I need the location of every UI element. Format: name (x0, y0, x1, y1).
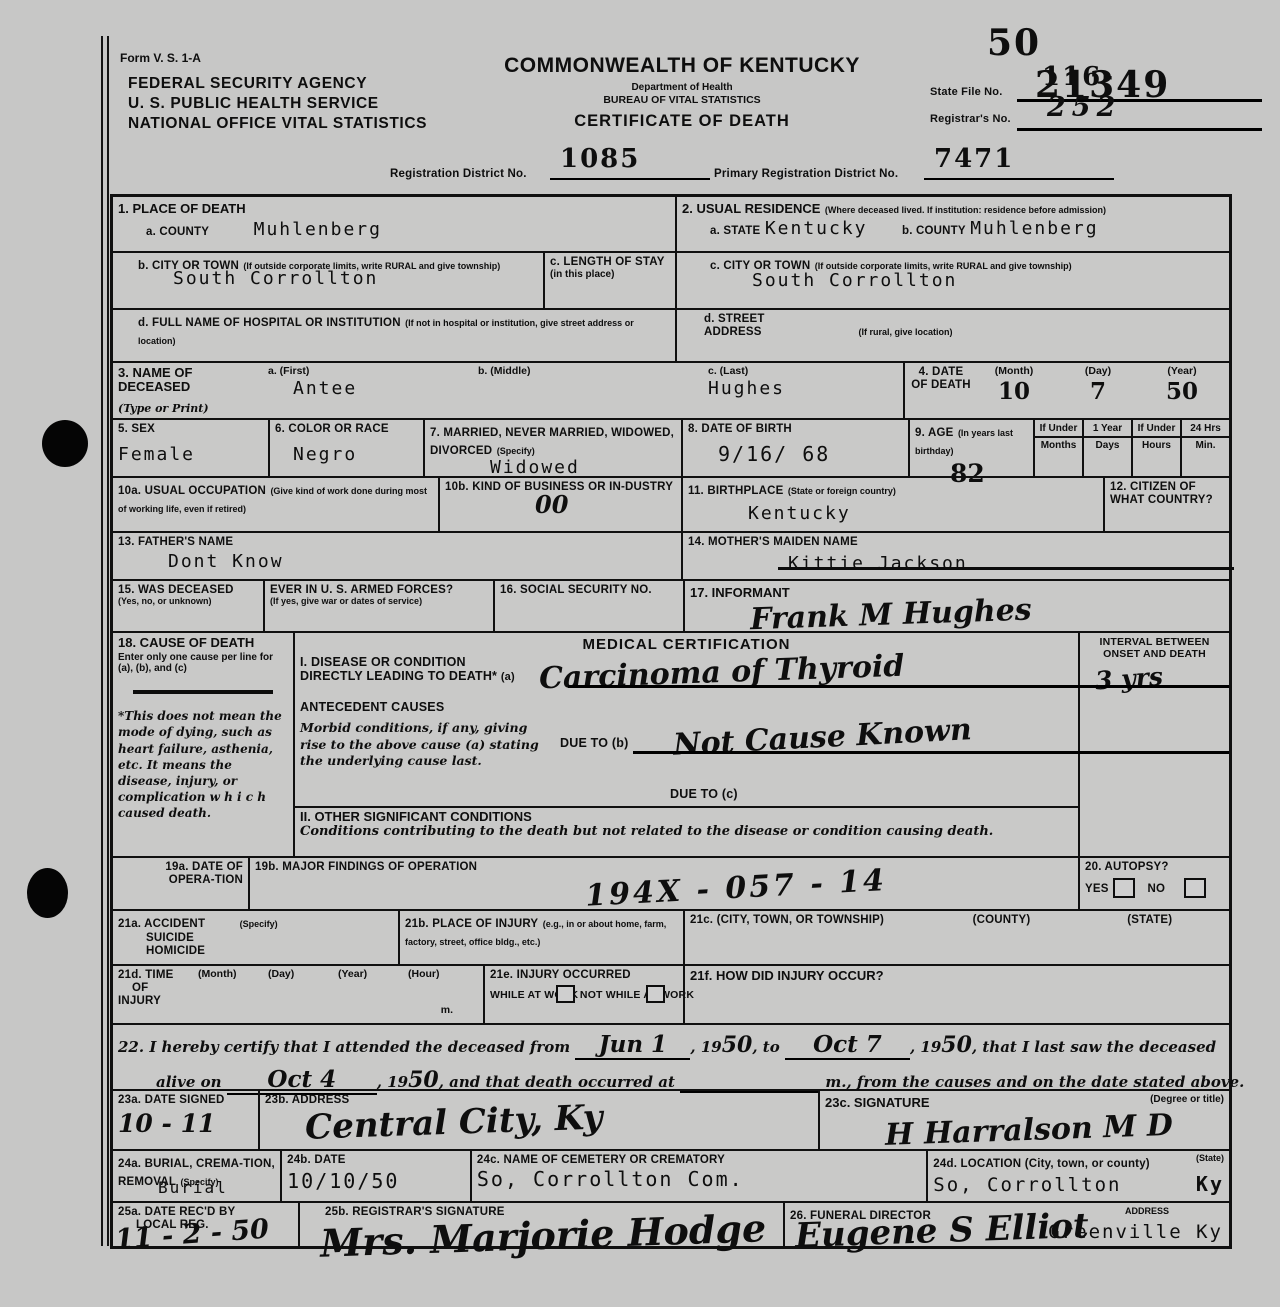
dod-day-label: (Day) (1056, 366, 1140, 378)
medical-cert-title: MEDICAL CERTIFICATION (300, 636, 1073, 653)
field-birthplace: 11. BIRTHPLACE (State or foreign country… (681, 478, 1103, 531)
bureau-line: BUREAU OF VITAL STATISTICS (472, 95, 892, 107)
field-date-of-operation: 19a. DATE OF OPERA-TION (113, 858, 248, 909)
field-interval: INTERVAL BETWEEN ONSET AND DEATH 3 yrs (1078, 633, 1229, 856)
agency-line-2: U. S. PUBLIC HEALTH SERVICE (128, 94, 427, 114)
row-certify: 22. I hereby certify that I attended the… (113, 1023, 1229, 1089)
field-street-address: d. STREET ADDRESS (If rural, give locati… (675, 310, 1229, 361)
field-fathers-name: 13. FATHER'S NAME Dont Know (113, 533, 681, 579)
marital-label: 7. MARRIED, NEVER MARRIED, WIDOWED, DIVO… (430, 427, 674, 457)
row-signed: 23a. DATE SIGNED 10 - 11 23b. ADDRESS Ce… (113, 1089, 1229, 1149)
age-col-hours: If Under Hours (1133, 420, 1182, 476)
field-signature: 23c. SIGNATURE (Degree or title) H Harra… (818, 1091, 1229, 1149)
field-certify-statement: 22. I hereby certify that I attended the… (113, 1025, 1249, 1089)
certify-from-value: Jun 1 (575, 1031, 690, 1060)
field-burial-type: 24a. BURIAL, CREMA-TION, REMOVAL (Specif… (113, 1151, 280, 1201)
field-cemetery: 24c. NAME OF CEMETERY OR CREMATORY So, C… (470, 1151, 926, 1201)
field-time-of-injury: 21d. TIME OF INJURY (Month) (Day) (Year)… (113, 966, 483, 1023)
disease-a-tag: (a) (501, 671, 515, 683)
time-injury-l2: OF (132, 982, 148, 994)
ssn-label: 16. SOCIAL SECURITY NO. (500, 584, 678, 597)
field-hospital-name: d. FULL NAME OF HOSPITAL OR INSTITUTION … (113, 310, 675, 361)
operation-date-label: 19a. DATE OF OPERA-TION (118, 861, 243, 887)
row-injury-time: 21d. TIME OF INJURY (Month) (Day) (Year)… (113, 964, 1229, 1023)
age-col-min: 24 Hrs Min. (1182, 420, 1229, 476)
interval-value: 3 yrs (1094, 658, 1225, 696)
row-forces-ssn-informant: 15. WAS DECEASED (Yes, no, or unknown) E… (113, 579, 1229, 631)
other-conditions-label: II. OTHER SIGNIFICANT CONDITIONS (300, 810, 1073, 824)
field-cause-of-death: 18. CAUSE OF DEATH Enter only one cause … (113, 633, 293, 856)
row-place-residence-top: 1. PLACE OF DEATH a. COUNTY Muhlenberg 2… (113, 197, 1229, 251)
certify-year2: 50 (941, 1032, 972, 1058)
dob-value: 9/16/ 68 (718, 442, 903, 466)
mother-strikethrough (778, 567, 1234, 570)
marital-note: (Specify) (497, 446, 535, 456)
injury-city-label: 21c. (CITY, TOWN, OR TOWNSHIP) (690, 914, 927, 927)
signature-label: 23c. SIGNATURE (825, 1095, 930, 1110)
interval-label-2: ONSET AND DEATH (1103, 648, 1206, 660)
certify-to-value: Oct 7 (785, 1031, 910, 1060)
time-month-label: (Month) (198, 969, 268, 1009)
last-name-value: Hughes (708, 378, 898, 399)
agency-line-3: NATIONAL OFFICE VITAL STATISTICS (128, 114, 427, 134)
field-mothers-maiden-name: 14. MOTHER'S MAIDEN NAME Kittie Jackson (681, 533, 1229, 579)
name-title: 3. NAME OF DECEASED (118, 366, 268, 395)
county-label: a. COUNTY (146, 226, 209, 238)
cause-note2: *This does not mean the mode of dying, s… (118, 708, 288, 821)
field-burial-location: 24d. LOCATION (City, town, or county) (S… (926, 1151, 1229, 1201)
field-citizen: 12. CITIZEN OF WHAT COUNTRY? (1103, 478, 1229, 531)
dod-month-label: (Month) (972, 366, 1056, 378)
while-at-work-label: WHILE AT WORK (490, 989, 552, 1001)
certify-19a: , 19 (690, 1038, 721, 1056)
other-conditions-note: Conditions contributing to the death but… (300, 824, 1073, 840)
place-of-death-title: 1. PLACE OF DEATH (118, 201, 246, 216)
occupation-label: 10a. USUAL OCCUPATION (118, 485, 266, 497)
row-medical-certification: 18. CAUSE OF DEATH Enter only one cause … (113, 631, 1229, 856)
length-of-stay-label: c. LENGTH OF STAY (550, 256, 670, 269)
state-value: Kentucky (765, 218, 868, 239)
primary-district-value: 7471 (934, 144, 1014, 174)
time-injury-l3: INJURY (118, 995, 161, 1007)
state-file-label: State File No. (930, 86, 1002, 99)
informant-label: 17. INFORMANT (690, 585, 790, 600)
form-table: 1. PLACE OF DEATH a. COUNTY Muhlenberg 2… (110, 194, 1232, 1249)
interval-label: INTERVAL BETWEEN ONSET AND DEATH (1085, 636, 1224, 660)
left-rule-outer (101, 36, 103, 1246)
sex-value: Female (118, 444, 263, 465)
marital-value: Widowed (490, 457, 676, 478)
header: Form V. S. 1-A FEDERAL SECURITY AGENCY U… (112, 36, 1232, 194)
due-to-b-label: DUE TO (b) (560, 736, 628, 750)
accident-label-3: HOMICIDE (146, 945, 393, 958)
row-burial: 24a. BURIAL, CREMA-TION, REMOVAL (Specif… (113, 1149, 1229, 1201)
due-to-b-value: Not Cause Known (672, 713, 972, 764)
time-injury-l1: 21d. TIME (118, 969, 173, 981)
time-year-label: (Year) (338, 969, 408, 1009)
registrar-no-rule (1017, 128, 1262, 131)
field-date-received: 25a. DATE REC'D BY LOCAL REG. 11 - 2 - 5… (113, 1203, 298, 1246)
age-subcolumns: If Under Months 1 Year Days If Under Hou… (1033, 420, 1229, 476)
county-value: Muhlenberg (254, 219, 382, 240)
death-certificate-scan: Form V. S. 1-A FEDERAL SECURITY AGENCY U… (0, 0, 1280, 1307)
field-informant: 17. INFORMANT Frank M Hughes (683, 581, 1229, 631)
injury-occurred-label: 21e. INJURY OCCURRED (490, 969, 678, 982)
state-label: a. STATE (710, 225, 760, 237)
certify-year1: 50 (722, 1032, 753, 1058)
not-while-label: NOT WHILE AT WORK (580, 989, 642, 1001)
interval-label-1: INTERVAL BETWEEN (1100, 636, 1210, 648)
length-of-stay-note: (in this place) (550, 269, 670, 280)
due-to-c-label: DUE TO (c) (670, 787, 1073, 801)
row-hospital-street: d. FULL NAME OF HOSPITAL OR INSTITUTION … (113, 308, 1229, 361)
informant-value: Frank M Hughes (750, 586, 1225, 638)
line-a-rule (568, 685, 1229, 688)
disease-label: I. DISEASE OR CONDITION DIRECTLY LEADING… (300, 655, 515, 684)
age-label: 9. AGE (915, 427, 953, 439)
dod-day-value: 7 (1056, 378, 1140, 405)
cemetery-label: 24c. NAME OF CEMETERY OR CREMATORY (477, 1154, 921, 1167)
dod-year-value: 50 (1140, 378, 1224, 405)
row-name-dod: 3. NAME OF DECEASED (Type or Print) a. (… (113, 361, 1229, 418)
field-marital-status: 7. MARRIED, NEVER MARRIED, WIDOWED, DIVO… (423, 420, 681, 476)
funeral-address-label: ADDRESS (1125, 1207, 1169, 1217)
date-signed-label: 23a. DATE SIGNED (118, 1094, 253, 1107)
hole-punch-bottom (27, 868, 68, 918)
row-demographics: 5. SEX Female 6. COLOR OR RACE Negro 7. … (113, 418, 1229, 476)
burial-location-label: 24d. LOCATION (City, town, or county) (933, 1158, 1150, 1170)
row-injury-place: 21a. ACCIDENT (Specify) SUICIDE HOMICIDE… (113, 909, 1229, 964)
primary-district-label: Primary Registration District No. (714, 168, 898, 181)
burial-location-value: So, Corrollton (933, 1174, 1121, 1196)
age-col-min-bot: Min. (1182, 436, 1229, 451)
hospital-label: d. FULL NAME OF HOSPITAL OR INSTITUTION (138, 317, 401, 329)
injury-state-label: (STATE) (1076, 914, 1224, 927)
burial-location-state-note: (State) (1196, 1154, 1224, 1164)
dod-year-label: (Year) (1140, 366, 1224, 378)
field-burial-date: 24b. DATE 10/10/50 (280, 1151, 470, 1201)
father-label: 13. FATHER'S NAME (118, 536, 676, 549)
field-medical-certification: MEDICAL CERTIFICATION I. DISEASE OR COND… (293, 633, 1078, 856)
field-how-injury: 21f. HOW DID INJURY OCCUR? (683, 966, 1229, 1023)
was-deceased-note: (Yes, no, or unknown) (118, 597, 258, 607)
res-county-label: b. COUNTY (902, 225, 966, 237)
row-parents: 13. FATHER'S NAME Dont Know 14. MOTHER'S… (113, 531, 1229, 579)
certify-to: , to (752, 1038, 779, 1056)
row-operation: 19a. DATE OF OPERA-TION 19b. MAJOR FINDI… (113, 856, 1229, 909)
armed-forces-note: (If yes, give war or dates of service) (270, 597, 488, 607)
state-file-value: 116- (1042, 62, 1115, 92)
time-injury-label: 21d. TIME OF INJURY (118, 969, 198, 1009)
registrar-no-label: Registrar's No. (930, 113, 1011, 126)
field-registrar-signature: 25b. REGISTRAR'S SIGNATURE Mrs. Marjorie… (298, 1203, 783, 1246)
birthplace-value: Kentucky (748, 503, 1098, 524)
mother-label: 14. MOTHER'S MAIDEN NAME (688, 536, 1224, 549)
time-m-label: m. (441, 1005, 453, 1017)
citizen-label: 12. CITIZEN OF WHAT COUNTRY? (1110, 481, 1224, 507)
usual-residence-note: (Where deceased lived. If institution: r… (825, 205, 1106, 215)
accident-label-2: SUICIDE (146, 932, 393, 945)
dod-month-value: 10 (972, 378, 1056, 405)
certificate-title: CERTIFICATE OF DEATH (472, 112, 892, 131)
field-physician-address: 23b. ADDRESS Central City, Ky (258, 1091, 818, 1149)
field-city-of-death: b. CITY OR TOWN (If outside corporate li… (113, 253, 543, 308)
cause-divider (133, 690, 273, 694)
dob-label: 8. DATE OF BIRTH (688, 423, 903, 436)
field-place-of-injury: 21b. PLACE OF INJURY (e.g., in or about … (398, 911, 683, 964)
cause-label: 18. CAUSE OF DEATH (118, 636, 288, 650)
burial-date-value: 10/10/50 (287, 1169, 465, 1193)
accident-label-1: 21a. ACCIDENT (118, 918, 205, 930)
morbid-note: Morbid conditions, if any, giving rise t… (300, 720, 540, 801)
reg-district-rule (550, 178, 710, 180)
disease-label-1: I. DISEASE OR CONDITION (300, 655, 466, 669)
field-date-of-death: 4. DATE OF DEATH (Month) 10 (Day) 7 (Yea… (903, 363, 1229, 418)
field-ssn: 16. SOCIAL SECURITY NO. (493, 581, 683, 631)
agency-block: FEDERAL SECURITY AGENCY U. S. PUBLIC HEA… (128, 74, 427, 134)
agency-line-1: FEDERAL SECURITY AGENCY (128, 74, 427, 94)
signature-value: H Harralson M D (884, 1106, 1224, 1153)
field-date-signed: 23a. DATE SIGNED 10 - 11 (113, 1091, 258, 1149)
first-name-label: a. (First) (268, 366, 478, 378)
not-while-checkbox (646, 985, 665, 1003)
field-color-race: 6. COLOR OR RACE Negro (268, 420, 423, 476)
race-label: 6. COLOR OR RACE (275, 423, 418, 436)
page-title: COMMONWEALTH OF KENTUCKY (472, 54, 892, 78)
street-label: d. STREET ADDRESS (704, 313, 794, 339)
cemetery-value: So, Corrollton Com. (477, 1167, 921, 1191)
field-place-of-death: 1. PLACE OF DEATH a. COUNTY Muhlenberg (113, 197, 675, 251)
title-block: COMMONWEALTH OF KENTUCKY Department of H… (472, 54, 892, 131)
while-at-work-checkbox (556, 985, 575, 1003)
burial-location-state-value: Ky (1196, 1172, 1224, 1196)
autopsy-no-label: NO (1148, 883, 1166, 895)
field-injury-occurred: 21e. INJURY OCCURRED WHILE AT WORK NOT W… (483, 966, 683, 1023)
cause-note1: Enter only one cause per line for (a), (… (118, 652, 288, 674)
row-city-town: b. CITY OR TOWN (If outside corporate li… (113, 251, 1229, 308)
sex-label: 5. SEX (118, 423, 263, 436)
age-col-min-top: 24 Hrs (1182, 423, 1229, 434)
street-note: (If rural, give location) (858, 327, 952, 337)
stamp-number-left: 50 (987, 22, 1041, 64)
field-funeral-director: 26. FUNERAL DIRECTOR ADDRESS Eugene S El… (783, 1203, 1229, 1246)
age-col-hours-top: If Under (1133, 423, 1180, 434)
date-signed-value: 10 - 11 (118, 1109, 253, 1138)
dod-title: 4. DATE OF DEATH (910, 366, 972, 415)
field-residence-city: c. CITY OR TOWN (If outside corporate li… (675, 253, 1229, 308)
burial-value: Burial (158, 1178, 275, 1197)
age-col-days-top: 1 Year (1084, 423, 1131, 434)
res-county-value: Muhlenberg (970, 218, 1098, 239)
other-conditions-block: II. OTHER SIGNIFICANT CONDITIONS Conditi… (295, 806, 1078, 843)
age-col-months-bot: Months (1035, 436, 1082, 451)
field-business-industry: 10b. KIND OF BUSINESS OR IN-DUSTRY 00 (438, 478, 681, 531)
burial-date-label: 24b. DATE (287, 1154, 465, 1167)
last-name-label: c. (Last) (708, 366, 898, 378)
birthplace-note: (State or foreign country) (788, 486, 896, 496)
left-rule-inner (107, 36, 109, 1246)
field-usual-occupation: 10a. USUAL OCCUPATION (Give kind of work… (113, 478, 438, 531)
field-accident-suicide: 21a. ACCIDENT (Specify) SUICIDE HOMICIDE (113, 911, 398, 964)
first-name-value: Antee (293, 378, 478, 399)
reg-district-label: Registration District No. (390, 168, 527, 181)
field-usual-residence: 2. USUAL RESIDENCE (Where deceased lived… (675, 197, 1229, 251)
certify-19b: , 19 (910, 1038, 941, 1056)
row-occupation: 10a. USUAL OCCUPATION (Give kind of work… (113, 476, 1229, 531)
accident-note: (Specify) (240, 919, 278, 929)
birthplace-label: 11. BIRTHPLACE (688, 485, 783, 497)
age-col-hours-bot: Hours (1133, 436, 1180, 451)
signature-note: (Degree or title) (1150, 1094, 1224, 1105)
row-registrar: 25a. DATE REC'D BY LOCAL REG. 11 - 2 - 5… (113, 1201, 1229, 1246)
registrar-no-value: 252 (1047, 92, 1121, 123)
autopsy-yes-checkbox (1113, 878, 1135, 898)
autopsy-label: 20. AUTOPSY? (1085, 861, 1224, 874)
field-operation-findings: 19b. MAJOR FINDINGS OF OPERATION 194X - … (248, 858, 1078, 909)
field-injury-location: 21c. (CITY, TOWN, OR TOWNSHIP) (COUNTY) … (683, 911, 1229, 964)
industry-value: 00 (535, 490, 676, 519)
time-hour-label: (Hour) (408, 969, 478, 1009)
injury-county-label: (COUNTY) (927, 914, 1075, 927)
field-name-of-deceased: 3. NAME OF DECEASED (Type or Print) a. (… (113, 363, 903, 418)
disease-label-2: DIRECTLY LEADING TO DEATH* (300, 669, 497, 683)
disease-value: Carcinoma of Thyroid (539, 649, 905, 697)
field-sex: 5. SEX Female (113, 420, 268, 476)
form-number: Form V. S. 1-A (120, 52, 201, 65)
field-date-of-birth: 8. DATE OF BIRTH 9/16/ 68 (681, 420, 908, 476)
reg-district-value: 1085 (560, 144, 640, 174)
how-injury-label: 21f. HOW DID INJURY OCCUR? (690, 969, 1224, 983)
middle-name-label: b. (Middle) (478, 366, 708, 378)
age-col-days: 1 Year Days (1084, 420, 1133, 476)
autopsy-yes-label: YES (1085, 883, 1109, 895)
name-note: (Type or Print) (118, 403, 268, 415)
field-was-deceased: 15. WAS DECEASED (Yes, no, or unknown) (113, 581, 263, 631)
hole-punch-top (42, 420, 88, 467)
field-armed-forces: EVER IN U. S. ARMED FORCES? (If yes, giv… (263, 581, 493, 631)
age-col-months: If Under Months (1035, 420, 1084, 476)
time-day-label: (Day) (268, 969, 338, 1009)
primary-district-rule (924, 178, 1114, 180)
line-b-rule (633, 751, 1229, 754)
certify-tail: , that I last saw the deceased (972, 1038, 1216, 1056)
field-age: 9. AGE (In years last birthday) 82 (908, 420, 1033, 476)
field-autopsy: 20. AUTOPSY? YES NO (1078, 858, 1229, 909)
certify-text-from: 22. I hereby certify that I attended the… (118, 1038, 570, 1056)
race-value: Negro (293, 444, 418, 465)
age-col-months-top: If Under (1035, 423, 1082, 434)
father-value: Dont Know (168, 551, 676, 572)
usual-residence-title: 2. USUAL RESIDENCE (682, 201, 820, 216)
mother-value: Kittie Jackson (788, 553, 1224, 574)
place-injury-label: 21b. PLACE OF INJURY (405, 918, 538, 930)
field-length-of-stay: c. LENGTH OF STAY (in this place) (543, 253, 675, 308)
age-col-days-bot: Days (1084, 436, 1131, 451)
dept-line: Department of Health (472, 82, 892, 93)
autopsy-no-checkbox (1184, 878, 1206, 898)
